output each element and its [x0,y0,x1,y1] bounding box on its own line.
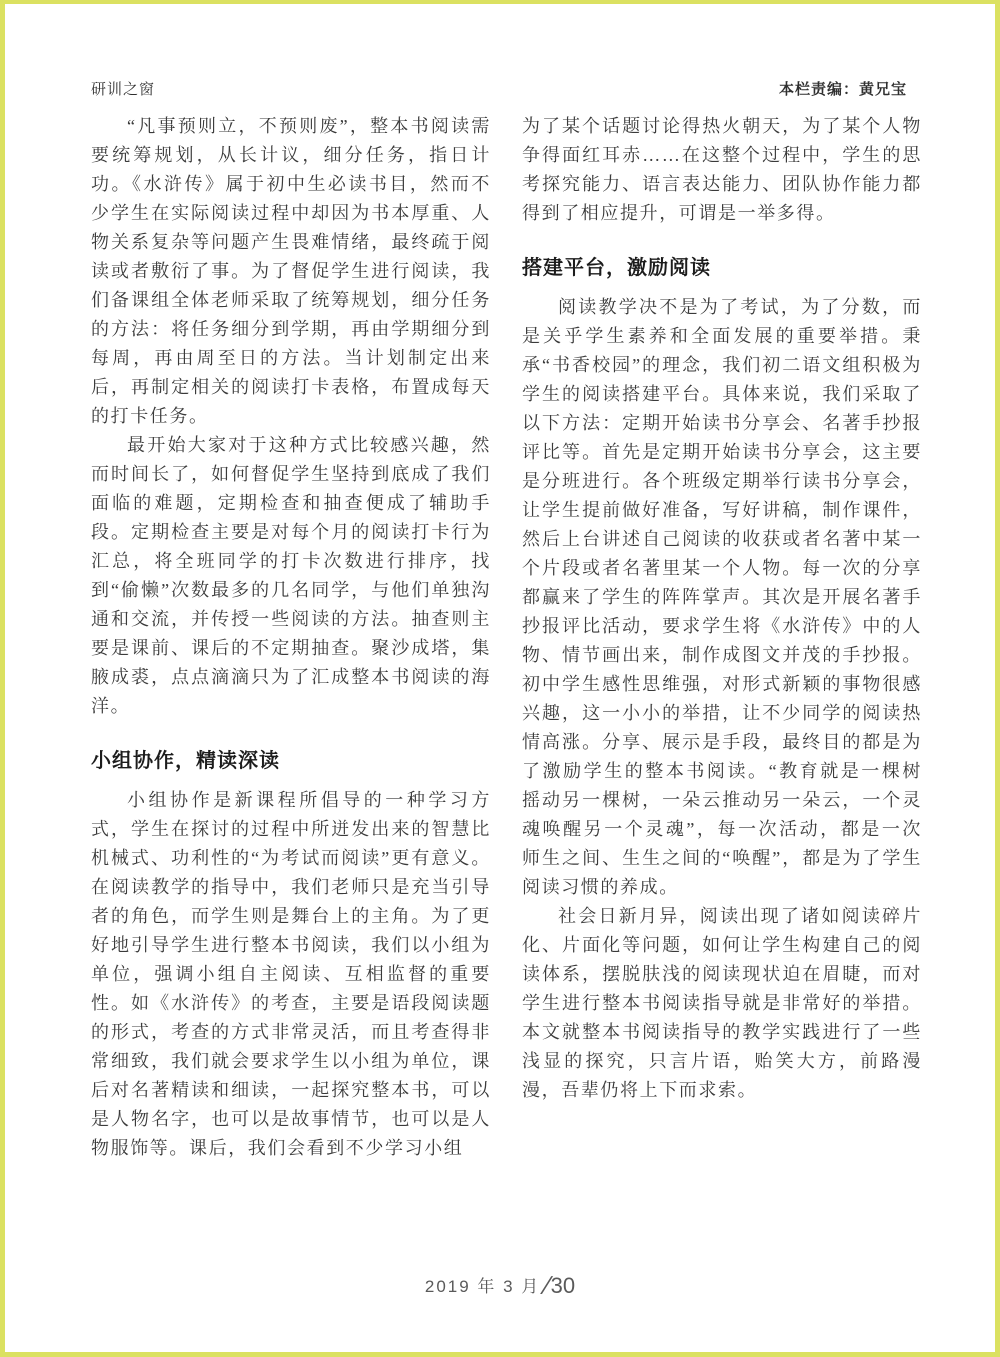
section-name: 研训之窗 [91,78,155,99]
issue-date: 2019 年 3 月 [425,1277,540,1296]
page-edge-left [0,0,5,1357]
left-column: “凡事预则立，不预则废”，整本书阅读需要统筹规划，从长计议，细分任务，指日计功。… [91,112,491,1163]
page-edge-top [0,0,1000,4]
slash-separator: ∕ [545,1270,549,1300]
paragraph: 社会日新月异，阅读出现了诸如阅读碎片化、片面化等问题，如何让学生构建自己的阅读体… [522,902,922,1105]
paragraph: “凡事预则立，不预则废”，整本书阅读需要统筹规划，从长计议，细分任务，指日计功。… [91,112,491,431]
right-column: 为了某个话题讨论得热火朝天，为了某个人物争得面红耳赤……在这整个过程中，学生的思… [522,112,922,1163]
page-edge-bottom [0,1352,1000,1357]
magazine-page: 研训之窗 本栏责编：黄兄宝 “凡事预则立，不预则废”，整本书阅读需要统筹规划，从… [0,0,1000,1357]
article-body: “凡事预则立，不预则废”，整本书阅读需要统筹规划，从长计议，细分任务，指日计功。… [91,112,922,1163]
paragraph: 阅读教学决不是为了考试，为了分数，而是关乎学生素养和全面发展的重要举措。秉承“书… [522,293,922,902]
page-footer: 2019 年 3 月∕30 [0,1270,1000,1301]
paragraph: 最开始大家对于这种方式比较感兴趣，然而时间长了，如何督促学生坚持到底成了我们面临… [91,431,491,721]
page-header: 研训之窗 本栏责编：黄兄宝 [91,78,907,99]
paragraph-continuation: 为了某个话题讨论得热火朝天，为了某个人物争得面红耳赤……在这整个过程中，学生的思… [522,112,922,228]
paragraph: 小组协作是新课程所倡导的一种学习方式，学生在探讨的过程中所迸发出来的智慧比机械式… [91,786,491,1163]
section-heading-platform: 搭建平台，激励阅读 [522,251,922,280]
page-number: 30 [551,1273,575,1298]
page-edge-right [995,0,1000,1357]
editor-credit: 本栏责编：黄兄宝 [779,78,907,99]
section-heading-group-work: 小组协作，精读深读 [91,744,491,773]
